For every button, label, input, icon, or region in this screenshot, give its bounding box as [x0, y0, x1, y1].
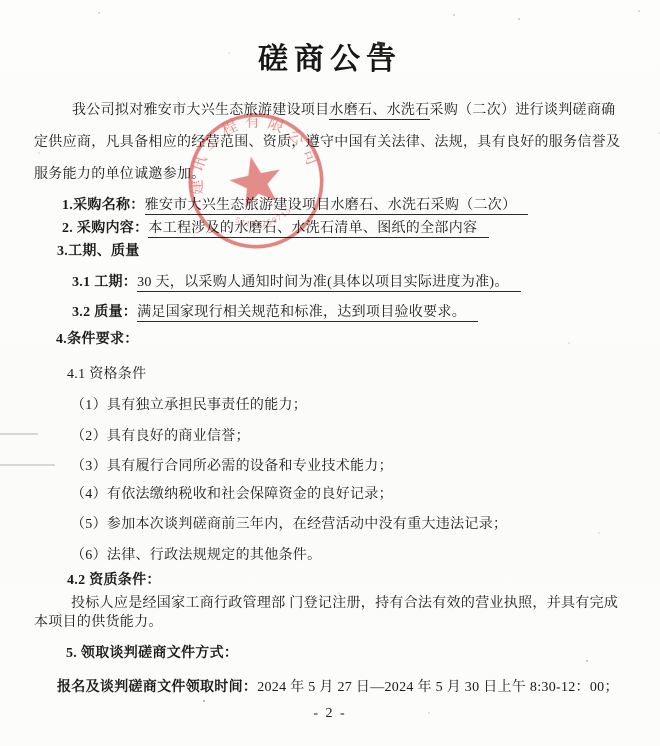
- item-quality: 3.2 质量：满足国家现行相关规范和标准，达到项目验收要求。: [72, 303, 478, 323]
- qualification-item-6: （6）法律、行政法规规定的其他条件。: [71, 546, 321, 566]
- pickup-time-line: 报名及谈判磋商文件领取时间：2024 年 5 月 27 日—2024 年 5 月…: [57, 678, 619, 698]
- pickup-time-label: 报名及谈判磋商文件领取时间：: [57, 680, 257, 695]
- qualification-heading: 4.1 资格条件: [67, 365, 146, 385]
- credential-paragraph-line-1: 投标人应是经国家工商行政管理部 门登记注册，持有合法有效的营业执照，并具有完成: [71, 594, 618, 614]
- scan-artifact: [374, 52, 391, 54]
- intro-line-1-underlined: 水磨石、水洗石: [329, 103, 429, 120]
- item-quality-value: 满足国家现行相关规范和标准，达到项目验收要求。: [137, 305, 478, 322]
- intro-line-1: 我公司拟对雅安市大兴生态旅游建设项目水磨石、水洗石采购（二次）进行谈判磋商确: [72, 101, 615, 121]
- scan-artifact: [0, 464, 55, 466]
- item-purchase-content: 2. 采购内容：本工程涉及的水磨石、水洗石清单、图纸的全部内容: [62, 219, 489, 239]
- item-schedule: 3.1 工期：30 天，以采购人通知时间为准(具体以项目实际进度为准)。: [72, 273, 521, 293]
- item-schedule-quality-heading: 3.工期、质量: [57, 242, 140, 262]
- page-number: - 2 -: [0, 706, 660, 722]
- document-title: 磋商公告: [0, 34, 660, 78]
- qualification-item-3: （3）具有履行合同所必需的设备和专业技术能力；: [71, 457, 393, 477]
- scan-noise: [98, 12, 100, 14]
- item-condition-heading: 4.条件要求：: [56, 330, 139, 350]
- item-purchase-content-value: 本工程涉及的水磨石、水洗石清单、图纸的全部内容: [148, 221, 489, 238]
- item-purchase-name: 1.采购名称：雅安市大兴生态旅游建设项目水磨石、水洗石采购（二次）: [62, 196, 528, 216]
- intro-line-1-pre: 我公司拟对雅安市大兴生态旅游建设项目: [72, 103, 329, 118]
- item-document-pickup-heading: 5. 领取谈判磋商文件方式：: [66, 644, 238, 664]
- intro-line-2: 定供应商，凡具备相应的经营范围、资质，遵守中国有关法律、法规，具有良好的服务信誉…: [34, 133, 620, 153]
- scan-artifact: [0, 433, 38, 435]
- qualification-item-2: （2）具有良好的商业信誉；: [71, 427, 250, 447]
- item-quality-label: 3.2 质量：: [72, 305, 137, 320]
- qualification-item-5: （5）参加本次谈判磋商前三年内，在经营活动中没有重大违法记录；: [71, 515, 507, 535]
- item-purchase-name-label: 1.采购名称：: [62, 198, 145, 213]
- item-schedule-label: 3.1 工期：: [72, 275, 137, 290]
- item-purchase-name-value: 雅安市大兴生态旅游建设项目水磨石、水洗石采购（二次）: [145, 198, 529, 215]
- item-purchase-content-label: 2. 采购内容：: [62, 221, 148, 236]
- scanned-document-page: 磋商公告 我公司拟对雅安市大兴生态旅游建设项目水磨石、水洗石采购（二次）进行谈判…: [0, 0, 660, 746]
- intro-line-3: 服务能力的单位诚邀参加。: [34, 165, 206, 185]
- credential-heading: 4.2 资质条件：: [67, 571, 161, 591]
- pickup-time-value: 2024 年 5 月 27 日—2024 年 5 月 30 日上午 8:30-1…: [257, 680, 619, 695]
- qualification-item-1: （1）具有独立承担民事责任的能力；: [71, 396, 307, 416]
- qualification-item-4: （4）有依法缴纳税收和社会保障资金的良好记录；: [71, 485, 393, 505]
- item-schedule-value: 30 天，以采购人通知时间为准(具体以项目实际进度为准)。: [137, 275, 521, 292]
- intro-line-1-post: 采购（二次）进行谈判磋商确: [430, 103, 616, 118]
- credential-paragraph-line-2: 本项目的供货能力。: [34, 613, 163, 633]
- scan-artifact: [386, 57, 390, 60]
